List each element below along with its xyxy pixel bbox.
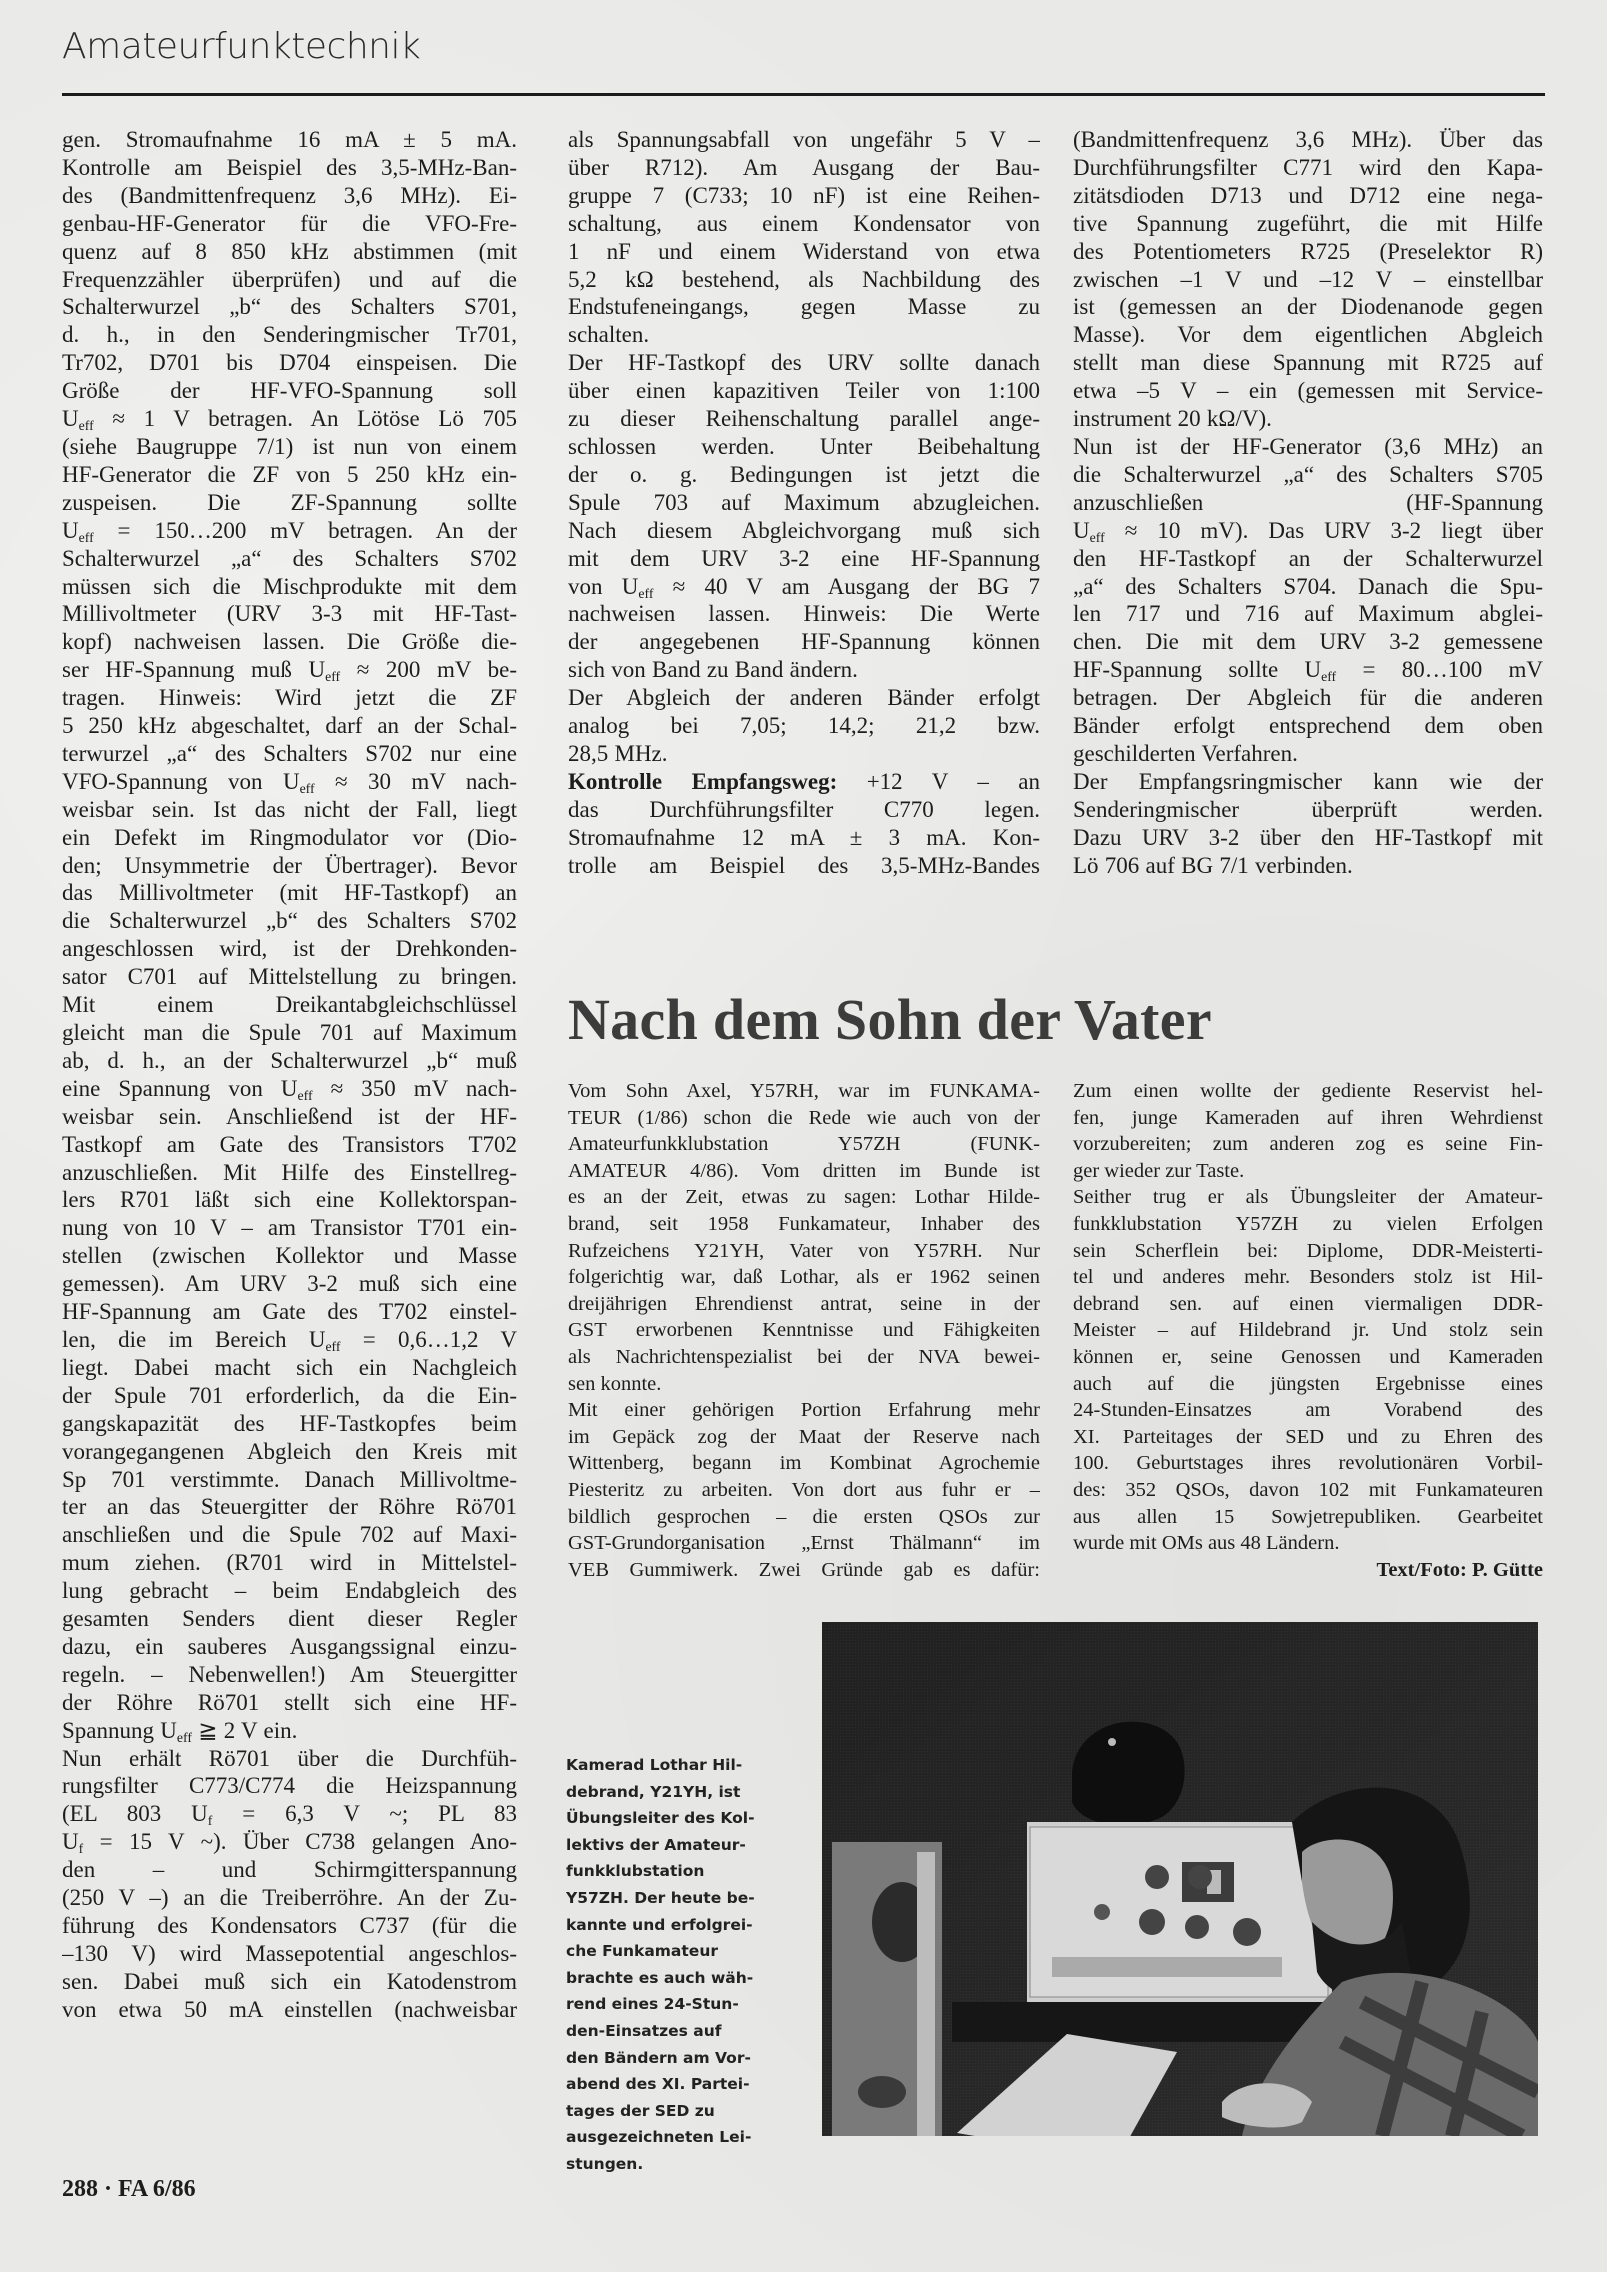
text-line: –130 V) wird Massepotential angeschlos-	[62, 1940, 517, 1968]
text-line: Lö 706 auf BG 7/1 verbinden.	[1073, 852, 1543, 880]
section-title: Amateurfunktechnik	[62, 26, 420, 67]
text-line: HF-Spannung sollte Ueff = 80…100 mV	[1073, 656, 1543, 684]
text-line: Vom Sohn Axel, Y57RH, war im FUNKAMA-	[568, 1078, 1040, 1105]
text-line: ter an das Steuergitter der Röhre Rö701	[62, 1493, 517, 1521]
text-line: geschilderten Verfahren.	[1073, 740, 1543, 768]
text-line: auch auf die jüngsten Ergebnisse eines	[1073, 1371, 1543, 1398]
text-line: lers R701 läßt sich eine Kollektorspan-	[62, 1186, 517, 1214]
text-line: len, die im Bereich Ueff = 0,6…1,2 V	[62, 1326, 517, 1354]
text-line: zu dieser Reihenschaltung parallel ange-	[568, 405, 1040, 433]
text-line: HF-Generator die ZF von 5 250 kHz ein-	[62, 461, 517, 489]
text-line: schalten.	[568, 321, 1040, 349]
text-line: über einen kapazitiven Teiler von 1:100	[568, 377, 1040, 405]
text-line: (250 V –) an die Treiberröhre. An der Zu…	[62, 1884, 517, 1912]
text-line: Uf = 15 V ~). Über C738 gelangen Ano-	[62, 1828, 517, 1856]
text-line: chen. Die mit dem URV 3-2 gemessene	[1073, 628, 1543, 656]
text-line: Meister – auf Hildebrand jr. Und stolz s…	[1073, 1317, 1543, 1344]
caption-line: che Funkamateur	[566, 1938, 806, 1965]
radio-operator-photo-icon	[822, 1622, 1538, 2136]
caption-line: lektivs der Amateur-	[566, 1832, 806, 1859]
text-line: genbau-HF-Generator für die VFO-Fre-	[62, 210, 517, 238]
text-line: gangskapazität des HF-Tastkopfes beim	[62, 1410, 517, 1438]
text-line: (Bandmittenfrequenz 3,6 MHz). Über das	[1073, 126, 1543, 154]
text-line: dazu, ein sauberes Ausgangssignal einzu-	[62, 1633, 517, 1661]
text-line: wurde mit OMs aus 48 Ländern.	[1073, 1530, 1543, 1557]
text-line: als Nachrichtenspezialist bei der NVA be…	[568, 1344, 1040, 1371]
text-line: zwischen –1 V und –12 V – einstellbar	[1073, 266, 1543, 294]
text-line: Kontrolle Empfangsweg: +12 V – an	[568, 768, 1040, 796]
text-line: Zum einen wollte der gediente Reservist …	[1073, 1078, 1543, 1105]
text-line: Frequenzzähler überprüfen) und auf die	[62, 266, 517, 294]
text-line: weisbar sein. Anschließend ist der HF-	[62, 1103, 517, 1131]
text-line: sich von Band zu Band ändern.	[568, 656, 1040, 684]
photo-caption: Kamerad Lothar Hil-debrand, Y21YH, istÜb…	[566, 1752, 806, 2178]
caption-line: kannte und erfolgrei-	[566, 1912, 806, 1939]
text-line: gruppe 7 (C733; 10 nF) ist eine Reihen-	[568, 182, 1040, 210]
column-3-text: (Bandmittenfrequenz 3,6 MHz). Über dasDu…	[1073, 126, 1543, 879]
text-line: Spannung Ueff ≧ 2 V ein.	[62, 1717, 517, 1745]
text-line: debrand sen. auf einen viermaligen DDR-	[1073, 1291, 1543, 1318]
caption-line: Kamerad Lothar Hil-	[566, 1752, 806, 1779]
text-line: sein Scherflein bei: Diplome, DDR-Meiste…	[1073, 1238, 1543, 1265]
text-line: tragen. Hinweis: Wird jetzt die ZF	[62, 684, 517, 712]
text-line: Ueff = 150…200 mV betragen. An der	[62, 517, 517, 545]
text-line: es an der Zeit, etwas zu sagen: Lothar H…	[568, 1184, 1040, 1211]
text-line: Tastkopf am Gate des Transistors T702	[62, 1131, 517, 1159]
caption-line: debrand, Y21YH, ist	[566, 1779, 806, 1806]
article-photo	[822, 1622, 1538, 2136]
text-line: der o. g. Bedingungen ist jetzt die	[568, 461, 1040, 489]
text-line: Schalterwurzel „a“ des Schalters S702	[62, 545, 517, 573]
text-line: GST-Grundorganisation „Ernst Thälmann“ i…	[568, 1530, 1040, 1557]
text-line: Senderingmischer überprüft werden.	[1073, 796, 1543, 824]
text-line: anschließen und die Spule 702 auf Maxi-	[62, 1521, 517, 1549]
text-line: Endstufeneingangs, gegen Masse zu	[568, 293, 1040, 321]
caption-line: tages der SED zu	[566, 2098, 806, 2125]
text-line: brand, seit 1958 Funkamateur, Inhaber de…	[568, 1211, 1040, 1238]
footer-separator: ·	[104, 2176, 112, 2202]
text-line: (siehe Baugruppe 7/1) ist nun von einem	[62, 433, 517, 461]
text-line: den – und Schirmgitterspannung	[62, 1856, 517, 1884]
text-line: Mit einem Dreikantabgleichschlüssel	[62, 991, 517, 1019]
text-line: HF-Spannung am Gate des T702 einstel-	[62, 1298, 517, 1326]
text-line: mit dem URV 3-2 eine HF-Spannung	[568, 545, 1040, 573]
text-line: 28,5 MHz.	[568, 740, 1040, 768]
text-line: VEB Gummiwerk. Zwei Gründe gab es dafür:	[568, 1557, 1040, 1584]
text-line: ab, d. h., an der Schalterwurzel „b“ muß	[62, 1047, 517, 1075]
text-line: Kontrolle am Beispiel des 3,5-MHz-Ban-	[62, 154, 517, 182]
text-line: quenz auf 8 850 kHz abstimmen (mit	[62, 238, 517, 266]
text-line: gesamten Senders dient dieser Regler	[62, 1605, 517, 1633]
text-line: gen. Stromaufnahme 16 mA ± 5 mA.	[62, 126, 517, 154]
text-line: sen. Dabei muß sich ein Katodenstrom	[62, 1968, 517, 1996]
text-line: eine Spannung von Ueff ≈ 350 mV nach-	[62, 1075, 517, 1103]
text-line: funkklubstation Y57ZH zu vielen Erfolgen	[1073, 1211, 1543, 1238]
text-line: der Röhre Rö701 stellt sich eine HF-	[62, 1689, 517, 1717]
text-line: instrument 20 kΩ/V).	[1073, 405, 1543, 433]
text-line: 5,2 kΩ bestehend, als Nachbildung des	[568, 266, 1040, 294]
text-line: etwa –5 V – ein (gemessen mit Service-	[1073, 377, 1543, 405]
text-line: Wittenberg, begann im Kombinat Agrochemi…	[568, 1450, 1040, 1477]
text-line: gleicht man die Spule 701 auf Maximum	[62, 1019, 517, 1047]
caption-line: stungen.	[566, 2151, 806, 2178]
text-line: als Spannungsabfall von ungefähr 5 V –	[568, 126, 1040, 154]
text-line: dreijährigen Ehrendienst antrat, seine i…	[568, 1291, 1040, 1318]
text-line: Nun erhält Rö701 über die Durchfüh-	[62, 1745, 517, 1773]
text-line: d. h., in den Senderingmischer Tr701,	[62, 321, 517, 349]
caption-line: abend des XI. Partei-	[566, 2071, 806, 2098]
text-line: AMATEUR 4/86). Vom dritten im Bunde ist	[568, 1158, 1040, 1185]
text-line: Masse). Vor dem eigentlichen Abgleich	[1073, 321, 1543, 349]
text-line: das Durchführungsfilter C770 legen.	[568, 796, 1040, 824]
text-line: rungsfilter C773/C774 die Heizspannung	[62, 1772, 517, 1800]
text-line: der angegebenen HF-Spannung können	[568, 628, 1040, 656]
text-line: anzuschließen (HF-Spannung	[1073, 489, 1543, 517]
page-footer: 288 · FA 6/86	[62, 2176, 196, 2203]
text-line: Bänder erfolgt entsprechend dem oben	[1073, 712, 1543, 740]
text-line: angeschlossen wird, ist der Drehkonden-	[62, 935, 517, 963]
text-line: gemessen). Am URV 3-2 muß sich eine	[62, 1270, 517, 1298]
text-line: fen, junge Kameraden auf ihren Wehrdiens…	[1073, 1105, 1543, 1132]
text-line: XI. Parteitages der SED und zu Ehren des	[1073, 1424, 1543, 1451]
text-line: weisbar sein. Ist das nicht der Fall, li…	[62, 796, 517, 824]
text-line: müssen sich die Mischprodukte mit dem	[62, 573, 517, 601]
text-line: von Ueff ≈ 40 V am Ausgang der BG 7	[568, 573, 1040, 601]
text-line: 5 250 kHz abgeschaltet, darf an der Scha…	[62, 712, 517, 740]
photo-credit: Text/Foto: P. Gütte	[1073, 1557, 1543, 1584]
text-line: vorangegangenen Abgleich den Kreis mit	[62, 1438, 517, 1466]
text-line: Ueff ≈ 10 mV). Das URV 3-2 liegt über	[1073, 517, 1543, 545]
text-line: liegt. Dabei macht sich ein Nachgleich	[62, 1354, 517, 1382]
text-line: Seither trug er als Übungsleiter der Ama…	[1073, 1184, 1543, 1211]
text-line: regeln. – Nebenwellen!) Am Steuergitter	[62, 1661, 517, 1689]
caption-line: ausgezeichneten Lei-	[566, 2124, 806, 2151]
text-line: Rufzeichens Y21YH, Vater von Y57RH. Nur	[568, 1238, 1040, 1265]
text-line: im Gepäck zog der Maat der Reserve nach	[568, 1424, 1040, 1451]
text-line: TEUR (1/86) schon die Rede wie auch von …	[568, 1105, 1040, 1132]
text-line: führung des Kondensators C737 (für die	[62, 1912, 517, 1940]
text-line: die Schalterwurzel „b“ des Schalters S70…	[62, 907, 517, 935]
text-line: Mit einer gehörigen Portion Erfahrung me…	[568, 1397, 1040, 1424]
article-column-right: Zum einen wollte der gediente Reservist …	[1073, 1078, 1543, 1583]
text-line: die Schalterwurzel „a“ des Schalters S70…	[1073, 461, 1543, 489]
text-line: Nun ist der HF-Generator (3,6 MHz) an	[1073, 433, 1543, 461]
text-line: sator C701 auf Mittelstellung zu bringen…	[62, 963, 517, 991]
text-line: des (Bandmittenfrequenz 3,6 MHz). Ei-	[62, 182, 517, 210]
page-number: 288	[62, 2176, 98, 2202]
text-line: des: 352 QSOs, davon 102 mit Funkamateur…	[1073, 1477, 1543, 1504]
caption-line: den Bändern am Vor-	[566, 2045, 806, 2072]
text-line: Stromaufnahme 12 mA ± 3 mA. Kon-	[568, 824, 1040, 852]
text-line: ser HF-Spannung muß Ueff ≈ 200 mV be-	[62, 656, 517, 684]
text-line: trolle am Beispiel des 3,5-MHz-Bandes	[568, 852, 1040, 880]
text-line: stellt man diese Spannung mit R725 auf	[1073, 349, 1543, 377]
text-line: zitätsdioden D713 und D712 eine nega-	[1073, 182, 1543, 210]
text-line: Der Empfangsringmischer kann wie der	[1073, 768, 1543, 796]
text-line: ger wieder zur Taste.	[1073, 1158, 1543, 1185]
text-line: Millivoltmeter (URV 3-3 mit HF-Tast-	[62, 600, 517, 628]
text-line: 24-Stunden-Einsatzes am Vorabend des	[1073, 1397, 1543, 1424]
text-line: nung von 10 V – am Transistor T701 ein-	[62, 1214, 517, 1242]
text-line: Ueff ≈ 1 V betragen. An Lötöse Lö 705	[62, 405, 517, 433]
caption-line: rend eines 24-Stun-	[566, 1991, 806, 2018]
text-line: lung gebracht – beim Endabgleich des	[62, 1577, 517, 1605]
text-line: von etwa 50 mA einstellen (nachweisbar	[62, 1996, 517, 2024]
text-line: vorzubereiten; zum anderen zog es seine …	[1073, 1131, 1543, 1158]
header-rule	[62, 93, 1545, 96]
caption-line: Übungsleiter des Kol-	[566, 1805, 806, 1832]
text-line: Nach diesem Abgleichvorgang muß sich	[568, 517, 1040, 545]
text-line: 100. Geburtstages ihres revolutionären V…	[1073, 1450, 1543, 1477]
text-line: nachweisen lassen. Hinweis: Die Werte	[568, 600, 1040, 628]
issue-label: FA 6/86	[118, 2176, 196, 2202]
text-line: len 717 und 716 auf Maximum abglei-	[1073, 600, 1543, 628]
text-line: über R712). Am Ausgang der Bau-	[568, 154, 1040, 182]
text-line: Größe der HF-VFO-Spannung soll	[62, 377, 517, 405]
article-headline: Nach dem Sohn der Vater	[568, 986, 1212, 1053]
text-line: tel und anderes mehr. Besonders stolz is…	[1073, 1264, 1543, 1291]
text-line: mum ziehen. (R701 wird in Mittelstel-	[62, 1549, 517, 1577]
article-column-left: Vom Sohn Axel, Y57RH, war im FUNKAMA-TEU…	[568, 1078, 1040, 1583]
text-line: aus allen 15 Sowjetrepubliken. Gearbeite…	[1073, 1504, 1543, 1531]
text-line: stellen (zwischen Kollektor und Masse	[62, 1242, 517, 1270]
text-line: schaltung, aus einem Kondensator von	[568, 210, 1040, 238]
text-line: den HF-Tastkopf an der Schalterwurzel	[1073, 545, 1543, 573]
text-line: schlossen werden. Unter Beibehaltung	[568, 433, 1040, 461]
text-line: Der Abgleich der anderen Bänder erfolgt	[568, 684, 1040, 712]
caption-line: den-Einsatzes auf	[566, 2018, 806, 2045]
text-line: Schalterwurzel „b“ des Schalters S701,	[62, 293, 517, 321]
text-line: Tr702, D701 bis D704 einspeisen. Die	[62, 349, 517, 377]
text-line: GST erworbenen Kenntnisse und Fähigkeite…	[568, 1317, 1040, 1344]
text-line: Spule 703 auf Maximum abzugleichen.	[568, 489, 1040, 517]
text-line: (EL 803 Uf = 6,3 V ~; PL 83	[62, 1800, 517, 1828]
column-1-text: gen. Stromaufnahme 16 mA ± 5 mA.Kontroll…	[62, 126, 517, 2024]
text-line: Dazu URV 3-2 über den HF-Tastkopf mit	[1073, 824, 1543, 852]
text-line: den; Unsymmetrie der Übertrager). Bevor	[62, 852, 517, 880]
caption-line: brachte es auch wäh-	[566, 1965, 806, 1992]
text-line: Durchführungsfilter C771 wird den Kapa-	[1073, 154, 1543, 182]
text-line: bildlich gesprochen – die ersten QSOs zu…	[568, 1504, 1040, 1531]
text-line: tive Spannung zugeführt, die mit Hilfe	[1073, 210, 1543, 238]
text-line: Sp 701 verstimmte. Danach Millivoltme-	[62, 1466, 517, 1494]
text-line: analog bei 7,05; 14,2; 21,2 bzw.	[568, 712, 1040, 740]
text-line: terwurzel „a“ des Schalters S702 nur ein…	[62, 740, 517, 768]
text-line: „a“ des Schalters S704. Danach die Spu-	[1073, 573, 1543, 601]
caption-line: Y57ZH. Der heute be-	[566, 1885, 806, 1912]
text-line: Der HF-Tastkopf des URV sollte danach	[568, 349, 1040, 377]
text-line: ist (gemessen an der Diodenanode gegen	[1073, 293, 1543, 321]
text-line: das Millivoltmeter (mit HF-Tastkopf) an	[62, 879, 517, 907]
text-line: folgerichtig war, daß Lothar, als er 196…	[568, 1264, 1040, 1291]
text-line: VFO-Spannung von Ueff ≈ 30 mV nach-	[62, 768, 517, 796]
caption-line: funkklubstation	[566, 1858, 806, 1885]
text-line: Piesteritz zu arbeiten. Von dort aus fuh…	[568, 1477, 1040, 1504]
text-line: kopf) nachweisen lassen. Die Größe die-	[62, 628, 517, 656]
text-line: anzuschließen. Mit Hilfe des Einstellreg…	[62, 1159, 517, 1187]
text-line: des Potentiometers R725 (Preselektor R)	[1073, 238, 1543, 266]
text-line: betragen. Der Abgleich für die anderen	[1073, 684, 1543, 712]
text-line: ein Defekt im Ringmodulator vor (Dio-	[62, 824, 517, 852]
text-line: Amateurfunkklubstation Y57ZH (FUNK-	[568, 1131, 1040, 1158]
text-line: können er, seine Genossen und Kameraden	[1073, 1344, 1543, 1371]
text-line: der Spule 701 erforderlich, da die Ein-	[62, 1382, 517, 1410]
text-line: 1 nF und einem Widerstand von etwa	[568, 238, 1040, 266]
text-line: zuspeisen. Die ZF-Spannung sollte	[62, 489, 517, 517]
column-2-text: als Spannungsabfall von ungefähr 5 V –üb…	[568, 126, 1040, 879]
text-line: sen konnte.	[568, 1371, 1040, 1398]
